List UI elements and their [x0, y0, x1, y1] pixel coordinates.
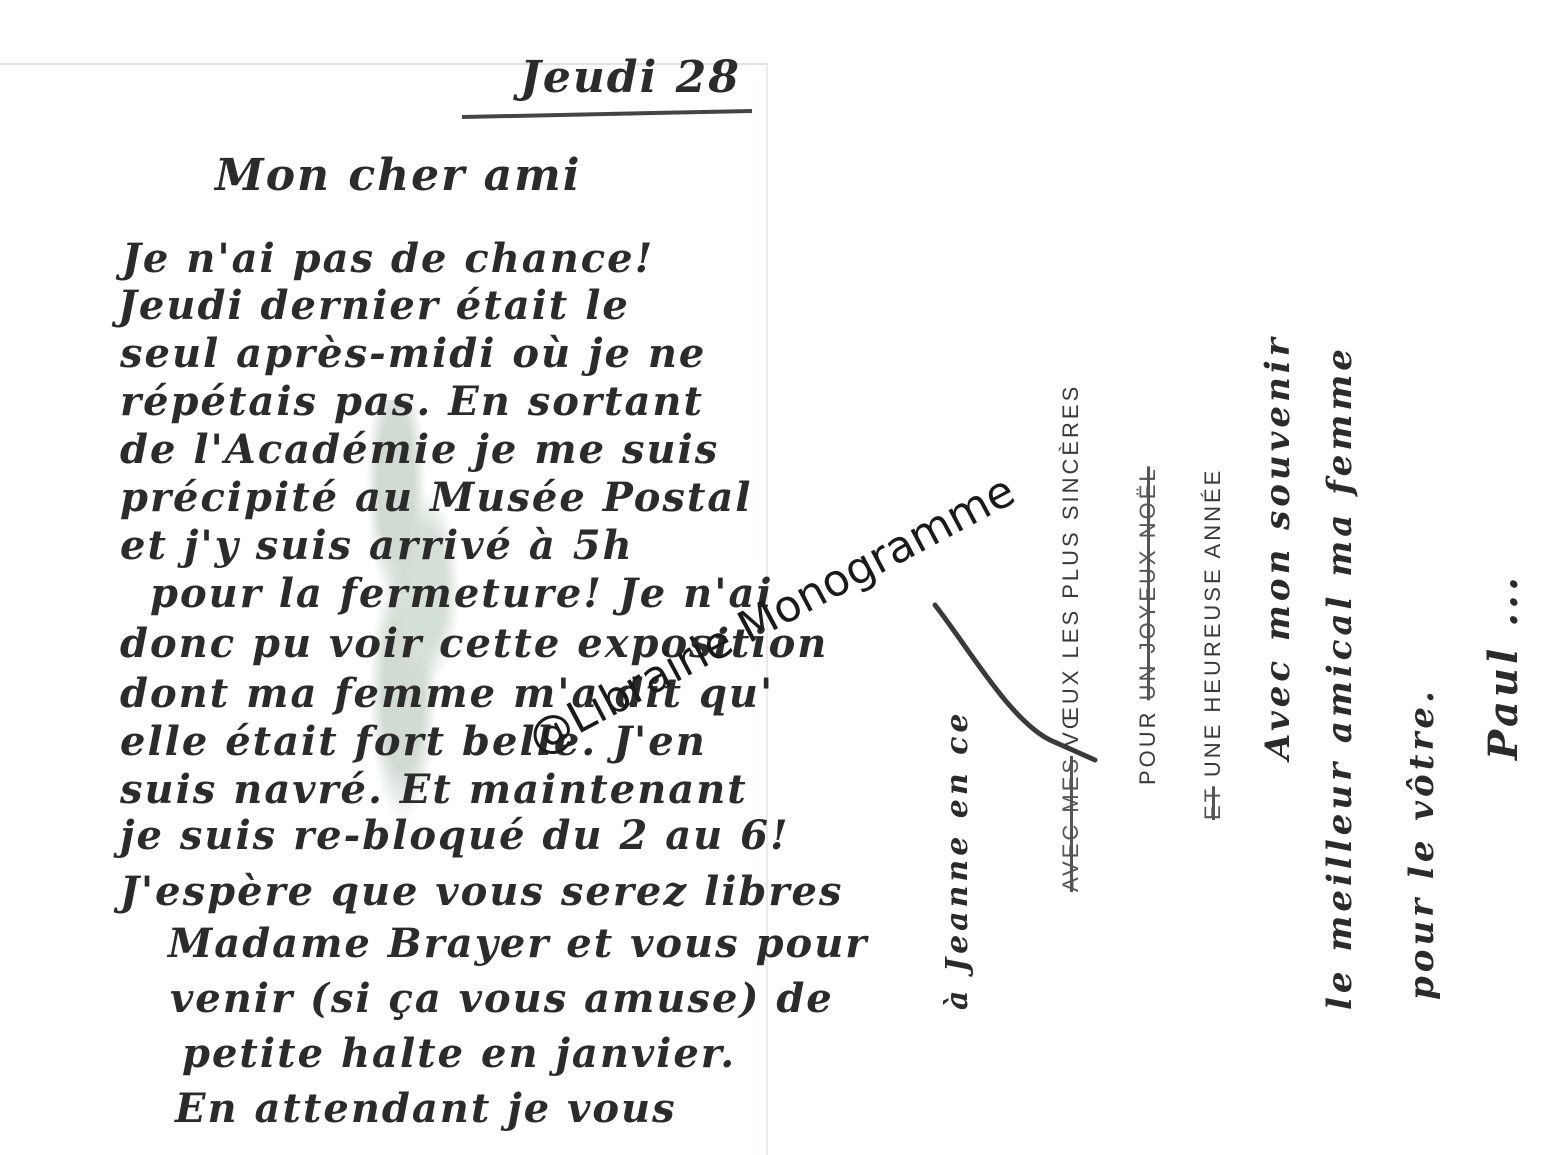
- card-handwriting-col3: le meilleur amical ma femme: [1320, 345, 1360, 1010]
- letter-line: suis navré. Et maintenant: [120, 766, 748, 813]
- letter-line: venir (si ça vous amuse) de: [170, 975, 834, 1022]
- letter-line: de l'Académie je me suis: [120, 426, 719, 473]
- card-signature: Paul ...: [1480, 573, 1527, 760]
- card-handwriting-col4: pour le vôtre.: [1402, 687, 1442, 1000]
- letter-line: répétais pas. En sortant: [120, 378, 704, 425]
- card-line-2-prefix: POUR: [1135, 709, 1160, 785]
- letter-line: et j'y suis arrivé à 5h: [120, 522, 634, 569]
- card-line-2-struck: UN JOYEUX NOËL: [1135, 466, 1160, 700]
- letter-line: Je n'ai pas de chance!: [122, 235, 654, 282]
- letter-line: précipité au Musée Postal: [120, 474, 752, 521]
- letter-line: En attendant je vous: [175, 1085, 677, 1132]
- letter-line: Jeudi dernier était le: [118, 282, 630, 329]
- letter-line: J'espère que vous serez libres: [120, 868, 843, 915]
- card-line-3: ET UNE HEUREUSE ANNÉE: [1200, 468, 1226, 820]
- letter-date: Jeudi 28: [520, 52, 741, 103]
- card-line-3-text: UNE HEUREUSE ANNÉE: [1200, 468, 1225, 778]
- letter-line: petite halte en janvier.: [182, 1030, 736, 1077]
- card-handwriting-col2: Avec mon souvenir: [1258, 334, 1298, 760]
- card-line-2: POUR UN JOYEUX NOËL: [1135, 466, 1161, 785]
- card-line-3-struck: ET: [1200, 786, 1225, 820]
- letter-line: Madame Brayer et vous pour: [168, 920, 868, 967]
- letter-line: seul après-midi où je ne: [120, 330, 706, 377]
- card-line-1-struck: AVEC MES: [1058, 756, 1083, 892]
- letter-line: pour la fermeture! Je n'ai: [150, 570, 774, 617]
- handwritten-arrow-stroke: [930, 600, 1110, 770]
- letter-line: je suis re-bloqué du 2 au 6!: [120, 812, 790, 859]
- letter-salutation: Mon cher ami: [215, 150, 581, 201]
